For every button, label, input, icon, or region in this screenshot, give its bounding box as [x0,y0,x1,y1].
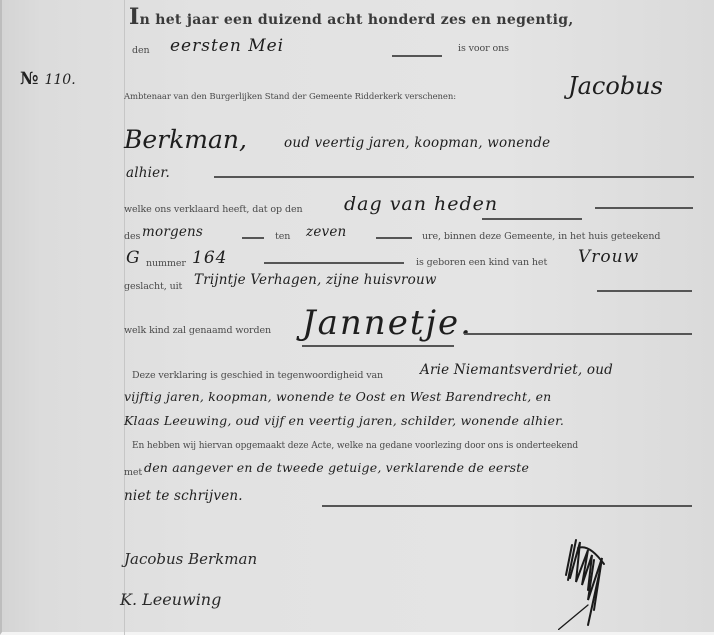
fill-rule [322,505,692,507]
drop-cap: I [129,4,140,30]
printed-ure-binnen: ure, binnen deze Gemeente, in het huis g… [422,231,660,242]
handwritten-father-surname: Berkman, [124,125,247,154]
handwritten-letter-g: G [126,248,141,268]
printed-tegenwoordigheid: Deze verklaring is geschied in tegenwoor… [132,370,383,381]
printed-met: met [124,467,142,478]
handwritten-hour: zeven [306,224,346,240]
handwritten-father-first-name: Jacobus [568,72,663,100]
fill-rule [264,262,404,264]
printed-den: den [132,45,150,56]
handwritten-signers: den aangever en de tweede getuige, verkl… [144,460,529,475]
handwritten-witness1-details: vijftig jaren, koopman, wonende te Oost … [124,389,551,404]
printed-nummer: nummer [146,258,186,269]
printed-ambtenaar: Ambtenaar van den Burgerlijken Stand der… [124,92,456,102]
printed-genaamd: welk kind zal genaamd worden [124,325,271,336]
fill-rule [376,237,412,239]
handwritten-day: dag van heden [344,193,498,215]
numero-sign: № [20,69,38,89]
handwritten-niet-schrijven: niet te schrijven. [124,488,243,504]
underline-heden [482,218,582,220]
handwritten-morgens: morgens [142,224,203,240]
handwritten-child-name: Jannetje. [302,303,473,343]
record-number-value: 110. [44,72,75,88]
record-number: №110. [20,69,76,89]
document-page: №110. In het jaar een duizend acht honde… [0,0,714,635]
fill-rule [597,290,692,292]
fill-rule [392,55,442,57]
fill-rule [595,207,693,209]
handwritten-witness2: Klaas Leeuwing, oud vijf en veertig jare… [124,413,564,428]
printed-des: des [124,231,140,242]
underline-child-name [302,345,454,347]
handwritten-mother: Trijntje Verhagen, zijne huisvrouw [194,272,437,288]
printed-geslacht-uit: geslacht, uit [124,281,182,292]
handwritten-father-details: oud veertig jaren, koopman, wonende [284,135,550,151]
printed-is-voor-ons: is voor ons [458,43,509,54]
signature-father: Jacobus Berkman [124,550,257,568]
fill-rule [214,176,694,178]
handwritten-date: eersten Mei [170,36,284,56]
signature-witness: K. Leeuwing [120,590,221,609]
fill-rule [242,237,264,239]
handwritten-witness1: Arie Niemantsverdriet, oud [420,362,613,378]
handwritten-sex: Vrouw [578,247,639,267]
printed-acte: En hebben wij hiervan opgemaakt deze Act… [132,441,578,451]
printed-verklaard: welke ons verklaard heeft, dat op den [124,204,302,215]
fill-rule [464,333,692,335]
printed-ten: ten [275,231,290,242]
handwritten-house-number: 164 [192,248,227,268]
handwritten-alhier: alhier. [126,165,170,181]
printed-line-year: In het jaar een duizend acht honderd zes… [129,4,574,30]
printed-is-geboren: is geboren een kind van het [416,257,547,268]
registrar-signature-scribble [558,530,628,630]
